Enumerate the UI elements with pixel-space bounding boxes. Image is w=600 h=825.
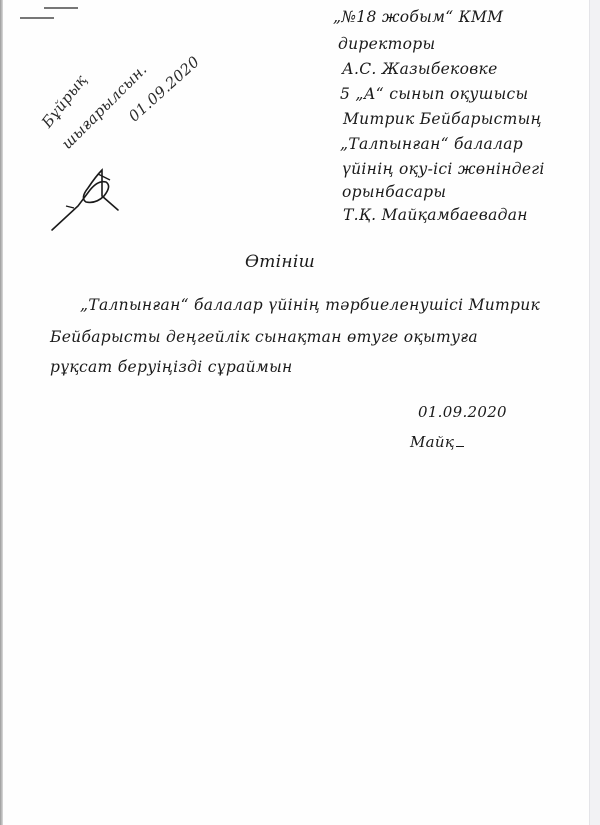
body-line-2: Бейбарысты деңгейлік сынақтан өтуге оқыт… <box>50 328 478 346</box>
document-title: Өтініш <box>245 252 315 272</box>
body-line-1: „Талпынған“ балалар үйінің тәрбиеленушіс… <box>80 296 540 314</box>
scanned-document-page: Бұйрық шығарылсын. 01.09.2020 „№18 жобым… <box>0 0 600 825</box>
sender-name: Т.Қ. Майқамбаевадан <box>343 206 528 224</box>
sender-student-name: Митрик Бейбарыстың <box>343 110 542 128</box>
scan-left-edge <box>0 0 3 825</box>
addressee-position: директоры <box>338 35 435 53</box>
scan-mark <box>44 7 78 9</box>
applicant-signature: Майқ <box>410 433 464 451</box>
scan-right-edge <box>589 0 600 825</box>
addressee-director-name: А.С. Жазыбековке <box>342 60 498 78</box>
sender-class: 5 „А“ сынып оқушысы <box>340 85 528 103</box>
director-resolution: Бұйрық шығарылсын. 01.09.2020 <box>30 40 250 200</box>
addressee-school: „№18 жобым“ КММ <box>333 8 503 26</box>
sender-position: орынбасары <box>342 183 446 201</box>
director-signature-icon <box>40 110 140 240</box>
sender-department: үйінің оқу-ісі жөніндегі <box>342 160 545 178</box>
applicant-signature-text: Майқ <box>410 433 454 451</box>
signature-tail <box>456 446 464 447</box>
scan-mark <box>20 17 54 19</box>
sender-orphanage: „Талпынған“ балалар <box>340 135 523 153</box>
application-date: 01.09.2020 <box>418 403 507 421</box>
body-line-3: рұқсат беруіңізді сұраймын <box>50 358 293 376</box>
